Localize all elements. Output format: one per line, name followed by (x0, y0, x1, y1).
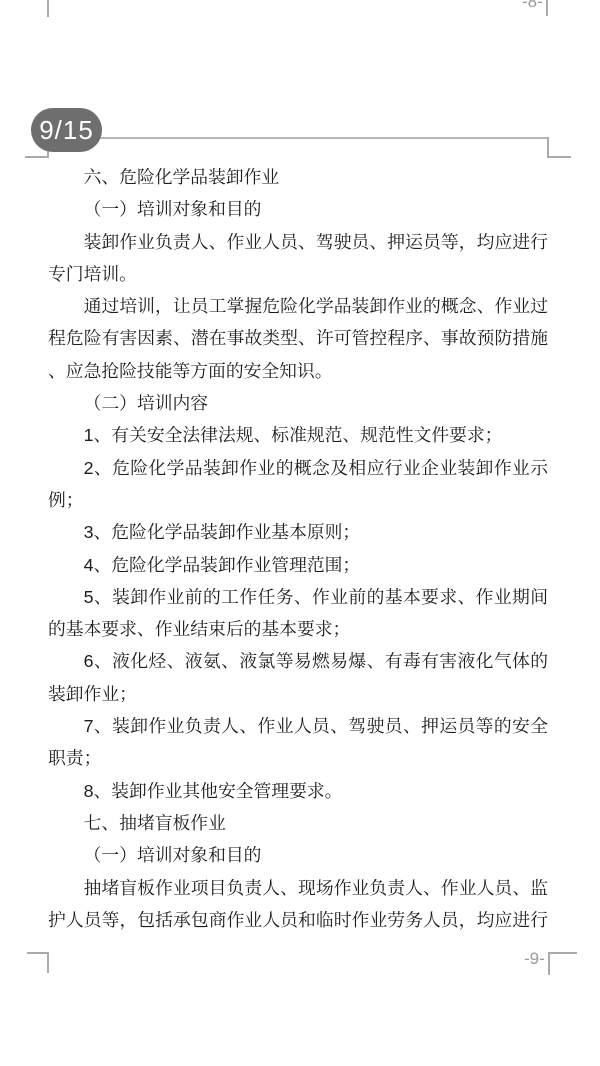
page9-top-right-boundary-mark-h (547, 156, 571, 158)
text-line: 4、危险化学品装卸作业管理范围； (48, 549, 548, 581)
text-line: 抽堵盲板作业项目负责人、现场作业负责人、作业人员、监 (48, 872, 548, 904)
text-line: 6、液化烃、液氨、液氯等易燃易爆、有毒有害液化气体的 (48, 645, 548, 677)
text-line: 程危险有害因素、潜在事故类型、许可管控程序、事故预防措施 (48, 322, 548, 354)
page-progress-badge: 9/15 (31, 108, 102, 152)
text-line: （一）培训对象和目的 (48, 839, 548, 871)
page9-top-right-boundary-mark-v (547, 137, 549, 158)
page9-bottom-right-boundary-mark-v (548, 952, 550, 975)
text-line: 装卸作业； (48, 678, 548, 710)
text-line: （一）培训对象和目的 (48, 193, 548, 225)
page9-bottom-left-boundary-mark-h (27, 952, 49, 954)
page9-top-left-boundary-mark-h (25, 156, 49, 158)
text-line: 、应急抢险技能等方面的安全知识。 (48, 355, 548, 387)
text-line: 例； (48, 484, 548, 516)
text-line: 通过培训，让员工掌握危险化学品装卸作业的概念、作业过 (48, 290, 548, 322)
text-line: 8、装卸作业其他安全管理要求。 (48, 775, 548, 807)
text-line: 5、装卸作业前的工作任务、作业前的基本要求、作业期间 (48, 581, 548, 613)
text-line: 2、危险化学品装卸作业的概念及相应行业企业装卸作业示 (48, 452, 548, 484)
text-line: 六、危险化学品装卸作业 (48, 161, 548, 193)
page9-bottom-left-boundary-mark-v (47, 952, 49, 973)
page-separator-line (58, 137, 548, 139)
text-line: 7、装卸作业负责人、作业人员、驾驶员、押运员等的安全 (48, 710, 548, 742)
text-line: 1、有关安全法律法规、标准规范、规范性文件要求； (48, 419, 548, 451)
page8-footer-page-number: -8- (522, 0, 543, 10)
text-line: 七、抽堵盲板作业 (48, 807, 548, 839)
text-line: 装卸作业负责人、作业人员、驾驶员、押运员等，均应进行 (48, 226, 548, 258)
document-viewer[interactable]: -8- 9/15 六、危险化学品装卸作业（一）培训对象和目的装卸作业负责人、作业… (0, 0, 600, 1066)
text-line: 职责； (48, 742, 548, 774)
text-line: 3、危险化学品装卸作业基本原则； (48, 516, 548, 548)
page8-bottom-right-boundary-mark (546, 0, 548, 16)
page9-footer-page-number: -9- (524, 950, 545, 967)
text-line: 的基本要求、作业结束后的基本要求； (48, 613, 548, 645)
text-line: 护人员等，包括承包商作业人员和临时作业劳务人员，均应进行 (48, 904, 548, 936)
text-line: （二）培训内容 (48, 387, 548, 419)
page9-bottom-right-boundary-mark-h (548, 952, 577, 954)
page8-bottom-left-boundary-mark (47, 0, 49, 17)
page-text: 六、危险化学品装卸作业（一）培训对象和目的装卸作业负责人、作业人员、驾驶员、押运… (48, 161, 548, 936)
text-line: 专门培训。 (48, 258, 548, 290)
